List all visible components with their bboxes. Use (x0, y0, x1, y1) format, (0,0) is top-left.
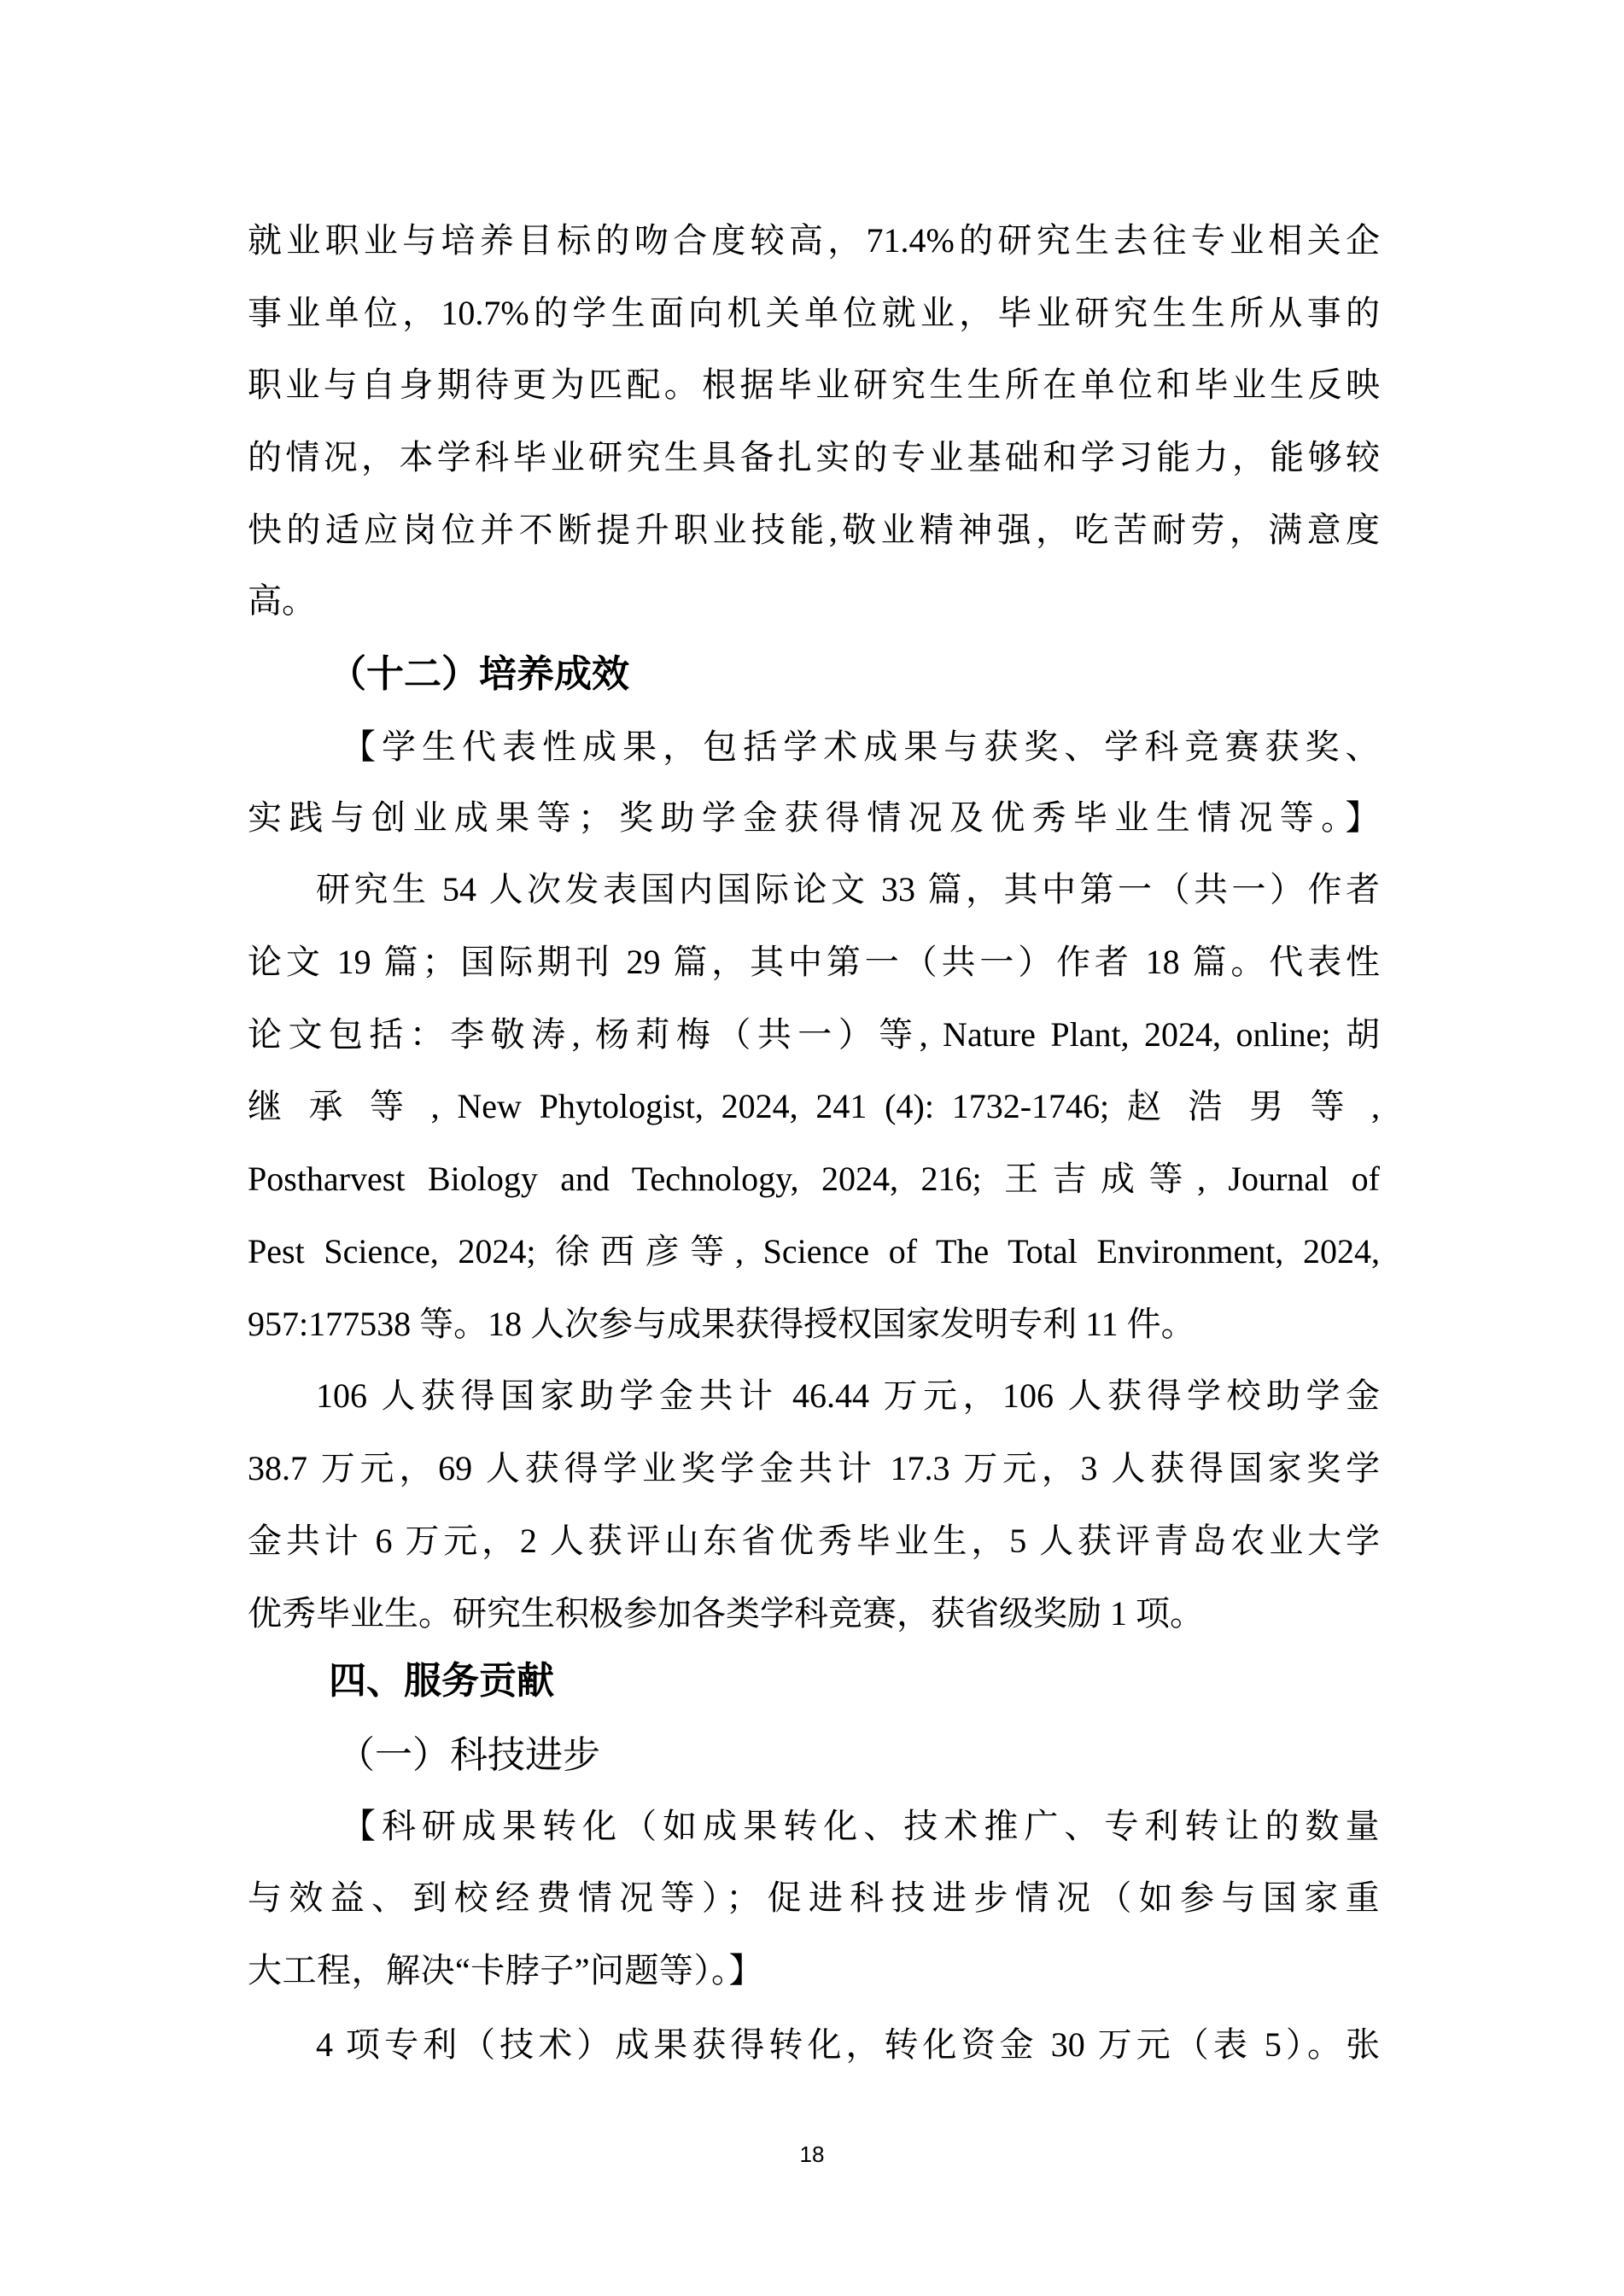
subsection-heading-tech-progress: （一）科技进步 (337, 1720, 600, 1791)
text-line: 论文包括：李敬涛, 杨莉梅（共一）等, Nature Plant, 2024, … (248, 999, 1380, 1071)
tech-transfer-paragraph: 4 项专利（技术）成果获得转化，转化资金 30 万元（表 5）。张 (316, 2009, 1380, 2081)
document-page: 就业职业与培养目标的吻合度较高，71.4%的研究生去往专业相关企 事业单位，10… (0, 0, 1624, 2296)
text-line: 106 人获得国家助学金共计 46.44 万元，106 人获得学校助学金 (316, 1360, 1380, 1432)
text-line: 就业职业与培养目标的吻合度较高，71.4%的研究生去往专业相关企 (248, 205, 1380, 277)
text-line: 职业与自身期待更为匹配。根据毕业研究生生所在单位和毕业生反映 (248, 349, 1380, 421)
text-line: 高。 (248, 565, 1380, 637)
section-heading-service-contribution: 四、服务贡献 (329, 1645, 554, 1717)
text-line: 【科研成果转化（如成果转化、技术推广、专利转让的数量 (342, 1791, 1380, 1862)
section-heading-training-results: （十二）培养成效 (329, 639, 629, 710)
text-line: 研究生 54 人次发表国内国际论文 33 篇，其中第一（共一）作者 (316, 854, 1380, 926)
text-line: 的情况，本学科毕业研究生具备扎实的专业基础和学习能力，能够较 (248, 422, 1380, 494)
text-line: 与效益、到校经费情况等）；促进科技进步情况（如参与国家重 (248, 1862, 1380, 1934)
text-line: 实践与创业成果等；奖助学金获得情况及优秀毕业生情况等。】 (248, 782, 1380, 854)
text-line: Postharvest Biology and Technology, 2024… (248, 1143, 1380, 1215)
page-number: 18 (795, 2141, 829, 2168)
text-line: 优秀毕业生。研究生积极参加各类学科竞赛，获省级奖励 1 项。 (248, 1578, 1380, 1650)
text-line: 957:177538 等。18 人次参与成果获得授权国家发明专利 11 件。 (248, 1288, 1380, 1360)
text-line: 继 承 等 , New Phytologist, 2024, 241 (4): … (248, 1071, 1380, 1142)
text-line: 【学生代表性成果，包括学术成果与获奖、学科竞赛获奖、 (342, 711, 1380, 783)
text-line: 38.7 万元，69 人获得学业奖学金共计 17.3 万元，3 人获得国家奖学 (248, 1433, 1380, 1504)
text-line: Pest Science, 2024; 徐西彦等, Science of The… (248, 1216, 1380, 1288)
text-line: 快的适应岗位并不断提升职业技能,敬业精神强，吃苦耐劳，满意度 (248, 494, 1380, 566)
text-line: 金共计 6 万元，2 人获评山东省优秀毕业生，5 人获评青岛农业大学 (248, 1505, 1380, 1577)
text-line: 事业单位，10.7%的学生面向机关单位就业，毕业研究生生所从事的 (248, 278, 1380, 349)
text-line: 论文 19 篇；国际期刊 29 篇，其中第一（共一）作者 18 篇。代表性 (248, 926, 1380, 998)
text-line: 大工程，解决“卡脖子”问题等）。】 (248, 1935, 1380, 2007)
